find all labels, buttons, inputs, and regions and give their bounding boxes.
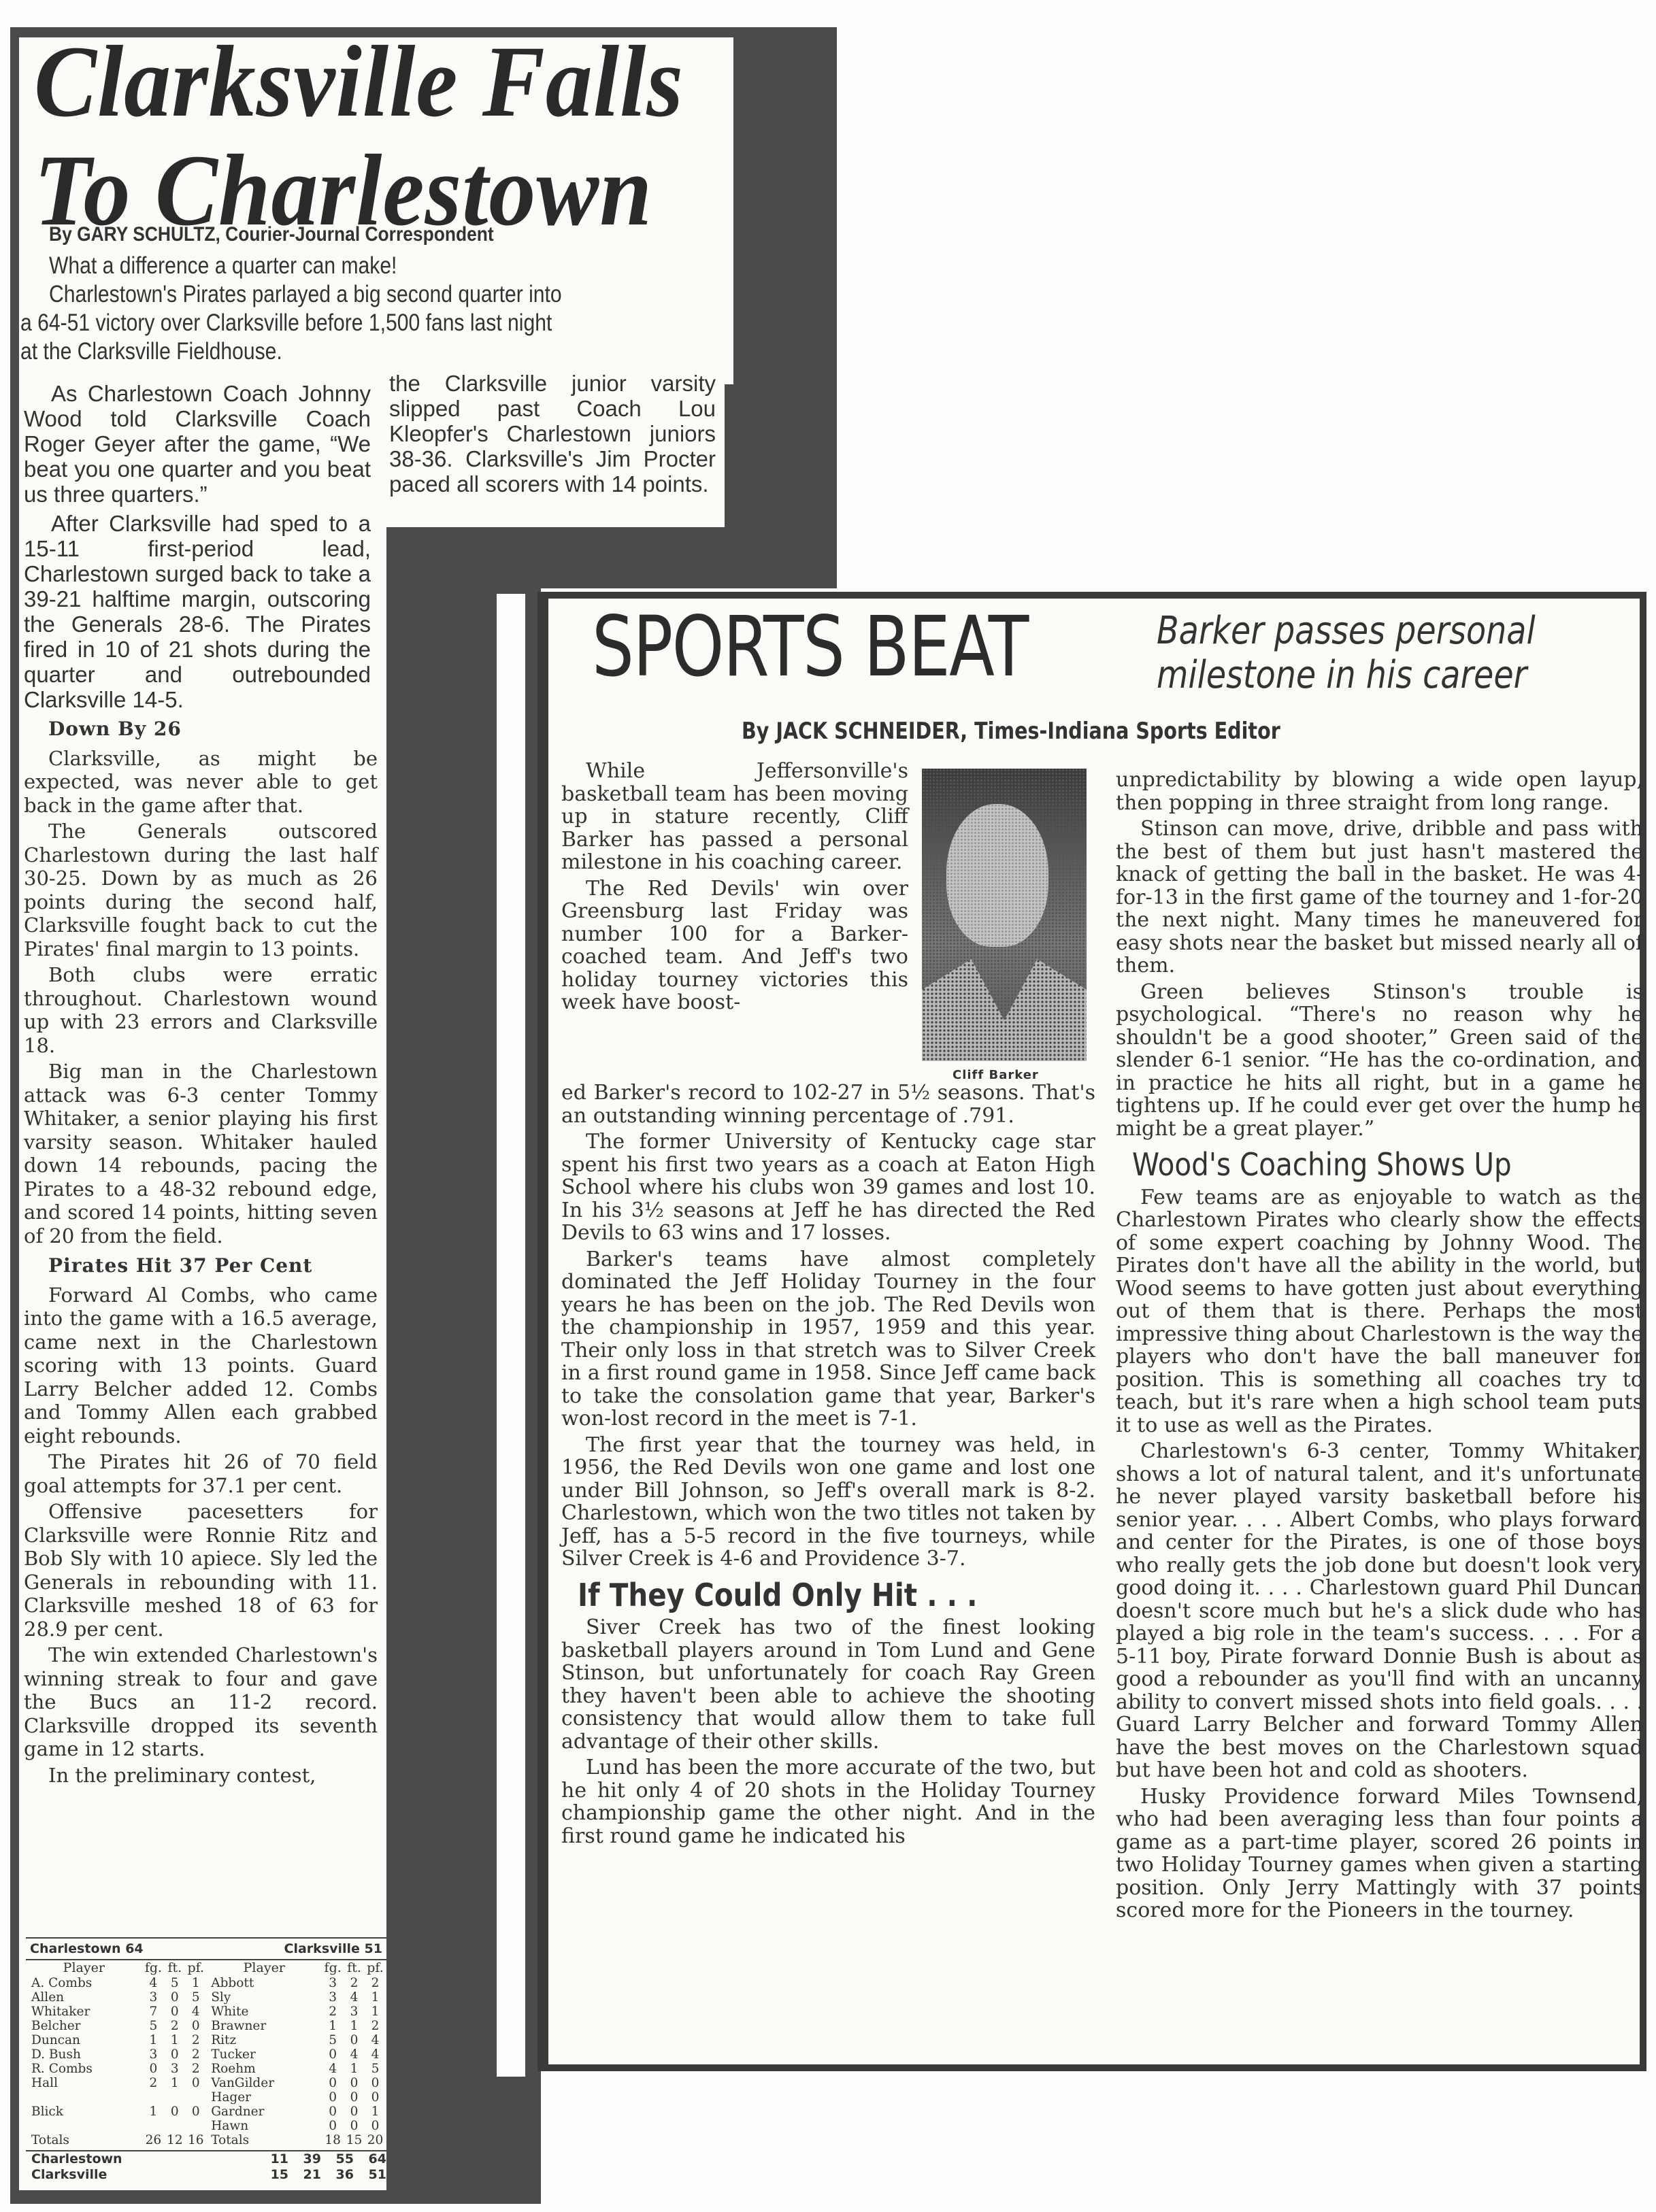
paragraph: Barker's teams have almost completely do…	[561, 1248, 1095, 1430]
table-row: Hall210VanGilder000	[26, 2076, 386, 2090]
paragraph: The Pirates hit 26 of 70 field goal atte…	[24, 1450, 378, 1497]
table-row: Allen305Sly341	[26, 1990, 386, 2005]
table-row: A. Combs451Abbott322	[26, 1976, 386, 1990]
face-icon	[946, 804, 1048, 947]
byline: By GARY SCHULTZ, Courier-Journal Corresp…	[49, 223, 648, 246]
paragraph: Big man in the Charlestown attack was 6-…	[24, 1060, 378, 1247]
clipping-right-margin	[497, 594, 525, 2077]
column-left-top: While Jeffersonville's basketball team h…	[561, 760, 908, 1018]
paragraph: Siver Creek has two of the finest lookin…	[561, 1616, 1095, 1753]
photo-caption: Cliff Barker	[953, 1068, 1039, 1082]
paragraph: The win extended Charlestown's winning s…	[24, 1643, 378, 1761]
table-row: Blick100Gardner001	[26, 2105, 386, 2119]
table-row: Hawn000	[26, 2119, 386, 2133]
box-score: Charlestown 64 Clarksville 51 Player fg.…	[26, 1937, 386, 2183]
box-score-table: Player fg. ft. pf. Player fg. ft. pf. A.…	[26, 1960, 386, 2147]
paragraph: ed Barker's record to 102-27 in 5½ seaso…	[561, 1082, 1095, 1127]
paragraph: Offensive pacesetters for Clarksville we…	[24, 1500, 378, 1641]
headline: Clarksville Falls To Charlestown	[34, 27, 754, 245]
lead-line: Charlestown's Pirates parlayed a big sec…	[49, 280, 693, 309]
paragraph: The Generals outscored Charlestown durin…	[24, 820, 378, 960]
paragraph: As Charlestown Coach Johnny Wood told Cl…	[24, 381, 371, 507]
paragraph: The former University of Kentucky cage s…	[561, 1130, 1095, 1245]
headline-line-1: Clarksville Falls	[34, 27, 754, 136]
article-section-down-by-26: Down By 26 Clarksville, as might be expe…	[24, 711, 378, 1790]
paragraph: The Red Devils' win over Greensburg last…	[561, 877, 908, 1014]
table-row: Whitaker704White231	[26, 2005, 386, 2019]
paragraph: While Jeffersonville's basketball team h…	[561, 760, 908, 874]
paragraph: Husky Providence forward Miles Townsend,…	[1116, 1786, 1643, 1922]
table-row: Duncan112Ritz504	[26, 2033, 386, 2047]
quarter-row: Clarksville15213651	[26, 2167, 386, 2183]
table-row: D. Bush302Tucker044	[26, 2047, 386, 2062]
portrait-photo	[922, 769, 1087, 1061]
byline: By JACK SCHNEIDER, Times-Indiana Sports …	[742, 718, 1280, 745]
table-row: Hager000	[26, 2090, 386, 2105]
paragraph: Few teams are as enjoyable to watch as t…	[1116, 1186, 1643, 1437]
lead-line: at the Clarksville Fieldhouse.	[20, 337, 664, 366]
table-row: R. Combs032Roehm415	[26, 2062, 386, 2076]
paragraph: Lund has been the more accurate of the t…	[561, 1756, 1095, 1847]
table-row: Belcher520Brawner112	[26, 2019, 386, 2033]
paragraph: the Clarksville junior varsity slipped p…	[389, 371, 716, 497]
away-team-score: Clarksville 51	[284, 1941, 382, 1956]
paragraph: Charlestown's 6-3 center, Tommy Whitaker…	[1116, 1440, 1643, 1782]
quarter-scores: Charlestown11395564Clarksville15213651	[26, 2151, 386, 2183]
column-left: ed Barker's record to 102-27 in 5½ seaso…	[561, 1082, 1095, 1851]
subhead: Wood's Coaching Shows Up	[1132, 1154, 1582, 1177]
paragraph: Clarksville, as might be expected, was n…	[24, 747, 378, 818]
box-score-header: Player fg. ft. pf. Player fg. ft. pf.	[26, 1960, 386, 1976]
subhead: Down By 26	[48, 718, 378, 741]
paragraph: The first year that the tourney was held…	[561, 1434, 1095, 1571]
lead-line: a 64-51 victory over Clarksville before …	[20, 309, 664, 337]
paragraph: Both clubs were erratic throughout. Char…	[24, 963, 378, 1057]
paragraph: In the preliminary contest,	[24, 1764, 378, 1788]
paragraph: Forward Al Combs, who came into the game…	[24, 1284, 378, 1448]
paragraph: After Clarksville had sped to a 15-11 fi…	[24, 511, 371, 712]
column-right: unpredictability by blowing a wide open …	[1116, 769, 1643, 1926]
article-column-a: As Charlestown Coach Johnny Wood told Cl…	[24, 381, 371, 716]
paragraph: unpredictability by blowing a wide open …	[1116, 769, 1643, 814]
column-title: SPORTS BEAT	[592, 599, 1028, 695]
paragraph: Green believes Stinson's trouble is psyc…	[1116, 981, 1643, 1141]
paragraph: Stinson can move, drive, dribble and pas…	[1116, 818, 1643, 977]
table-row: Totals261216Totals181520	[26, 2133, 386, 2147]
deck-headline: Barker passes personal milestone in his …	[1157, 609, 1561, 697]
subhead: Pirates Hit 37 Per Cent	[48, 1254, 378, 1278]
quarter-row: Charlestown11395564	[26, 2151, 386, 2167]
subhead: If They Could Only Hit . . .	[578, 1584, 1033, 1607]
article-column-b: the Clarksville junior varsity slipped p…	[389, 371, 716, 501]
home-team-score: Charlestown 64	[30, 1941, 144, 1956]
lead-line: What a difference a quarter can make!	[49, 252, 693, 280]
